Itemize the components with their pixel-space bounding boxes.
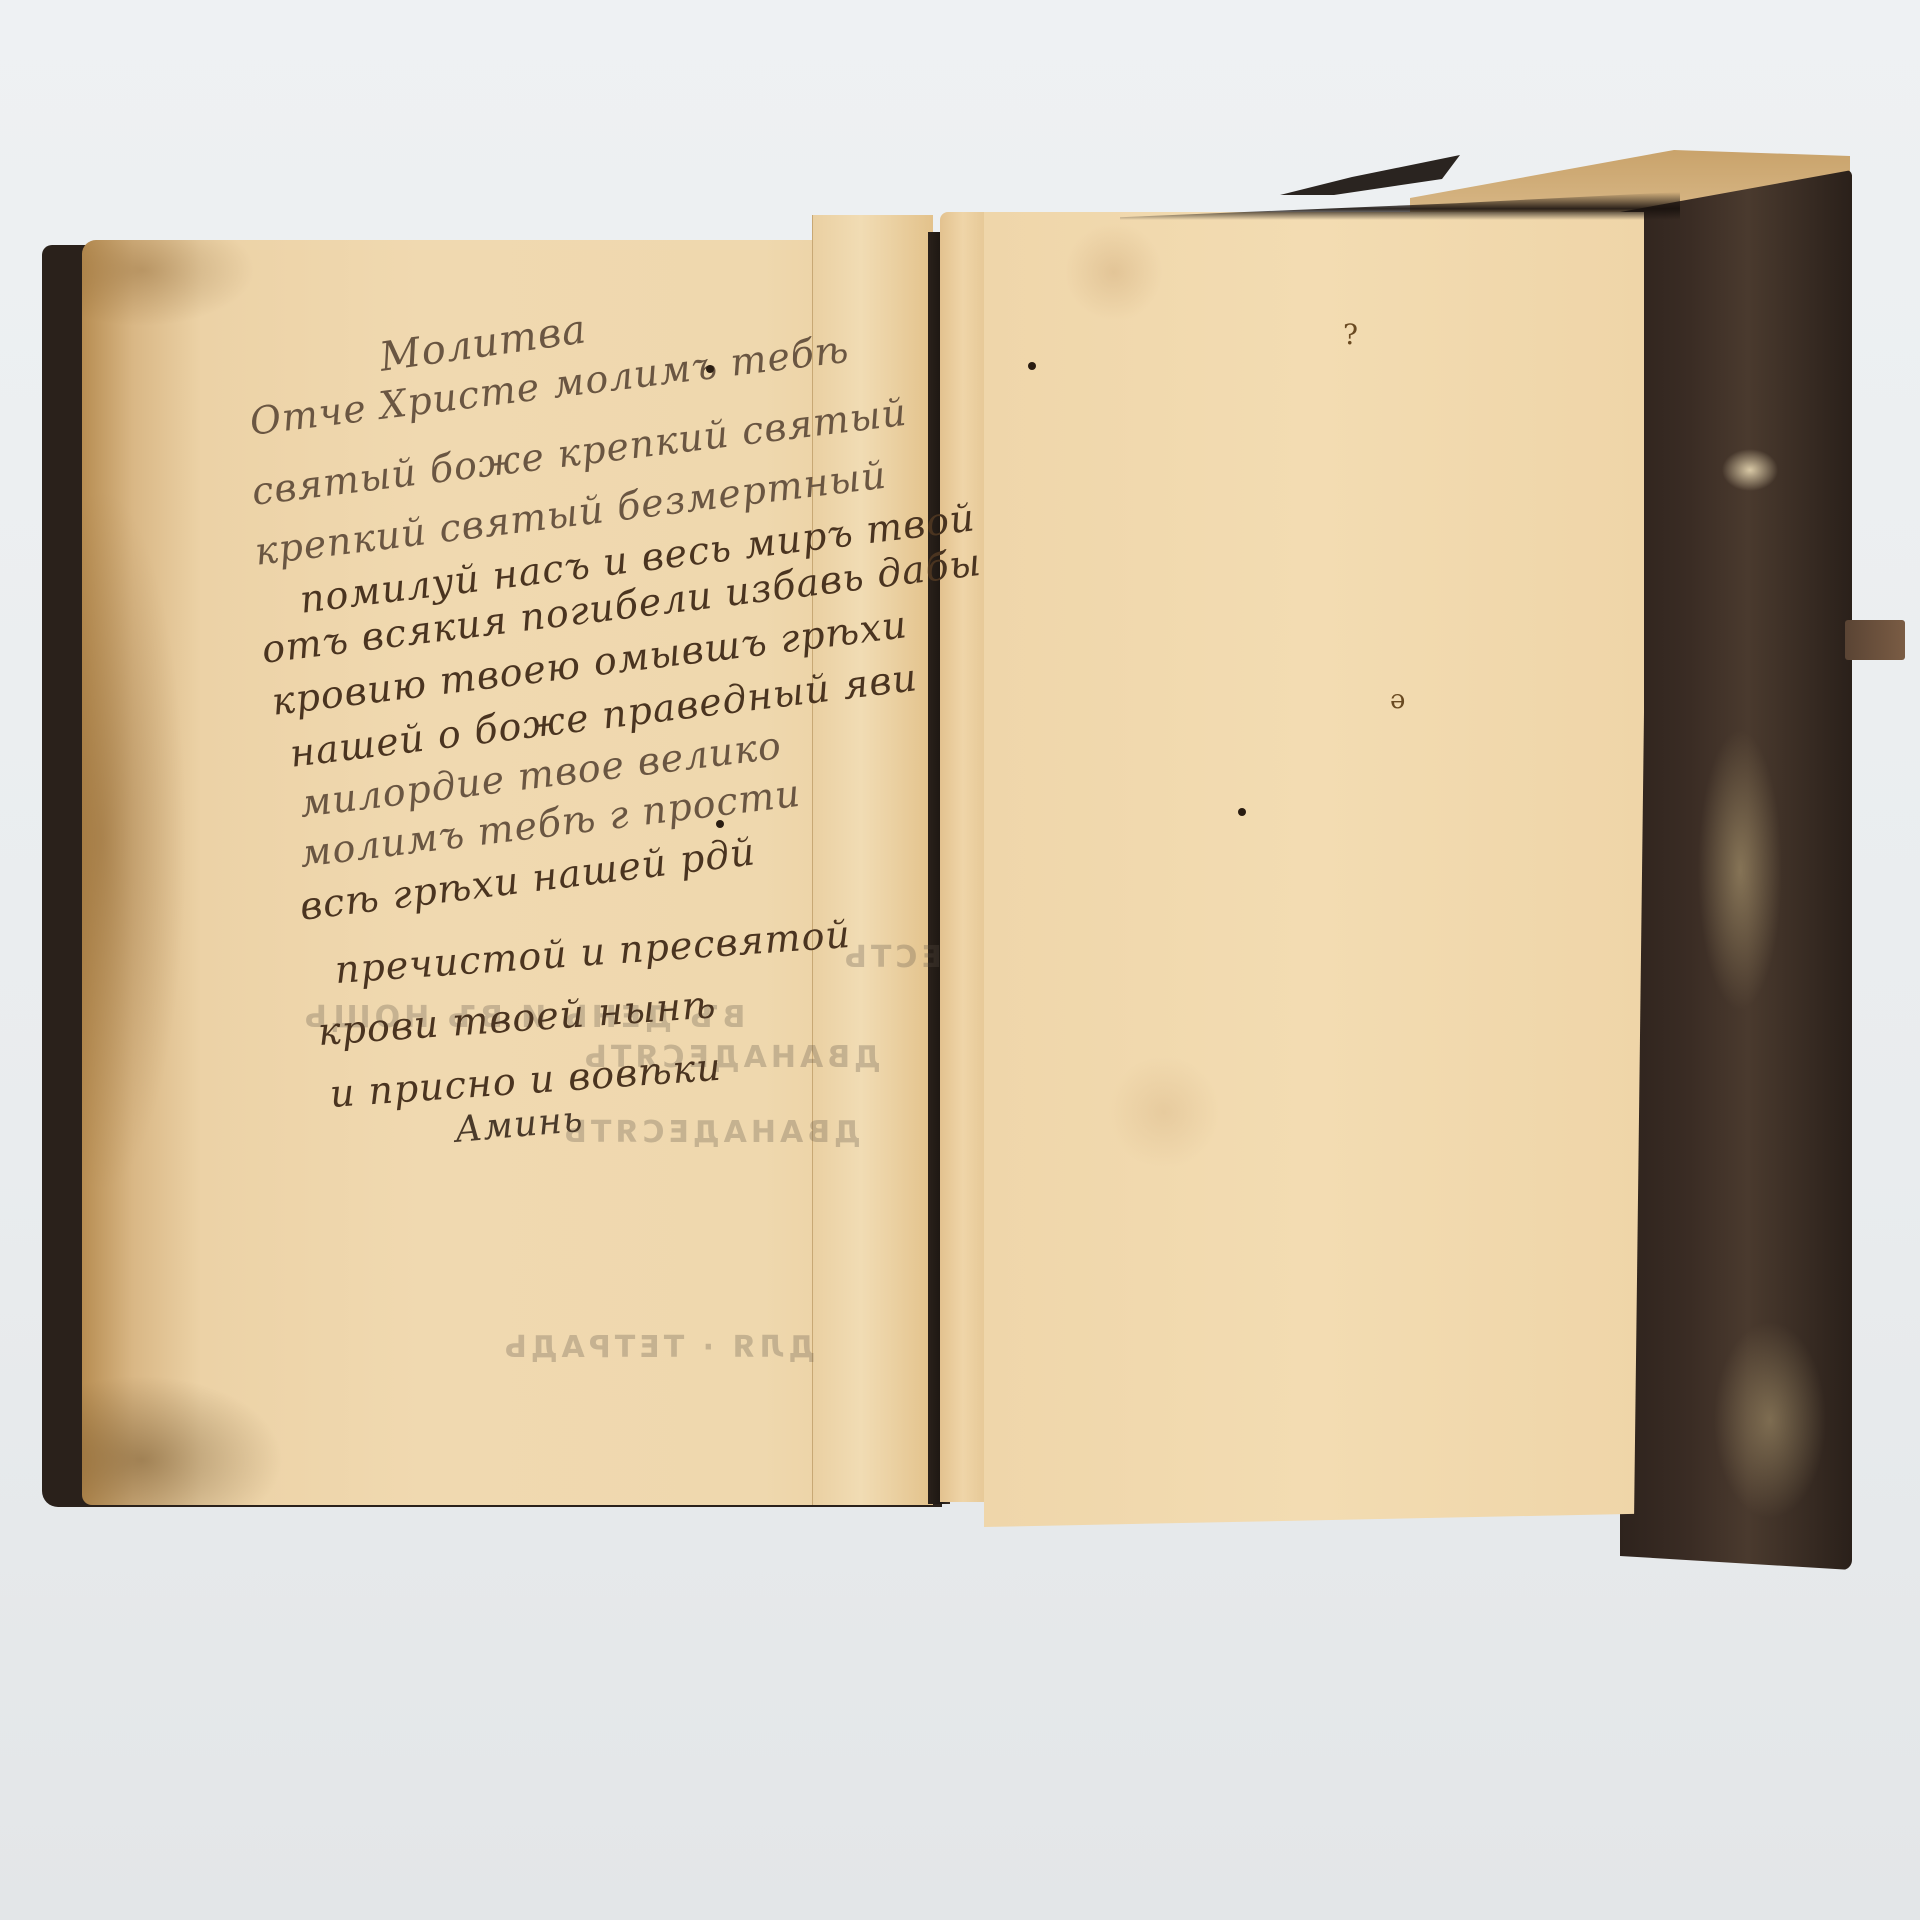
pin-hole (1028, 362, 1036, 370)
right-page (984, 212, 1644, 1527)
back-cover-leather (1620, 170, 1852, 1570)
pin-hole (716, 820, 724, 828)
right-page-edge (940, 212, 987, 1502)
page-mark: ә (1390, 685, 1405, 715)
page-mark: ? (1343, 318, 1358, 351)
clasp-strap (1845, 620, 1905, 660)
book-photo: ДВАНАДЕСЯТЬ ВЪ ДЕНЬ И ВЪ НОЩЬ ЕСТЬ ДВАНА… (0, 0, 1920, 1920)
bleed-through-print: ЕСТЬ (840, 940, 942, 975)
bleed-through-print: ДЛЯ · ТЕТРАДЬ (500, 1330, 815, 1365)
torn-leather-fragment (1280, 155, 1460, 195)
bleed-through-print: ДВАНАДЕСЯТЬ (560, 1115, 861, 1150)
pin-hole (1238, 808, 1246, 816)
pin-hole (706, 365, 714, 373)
